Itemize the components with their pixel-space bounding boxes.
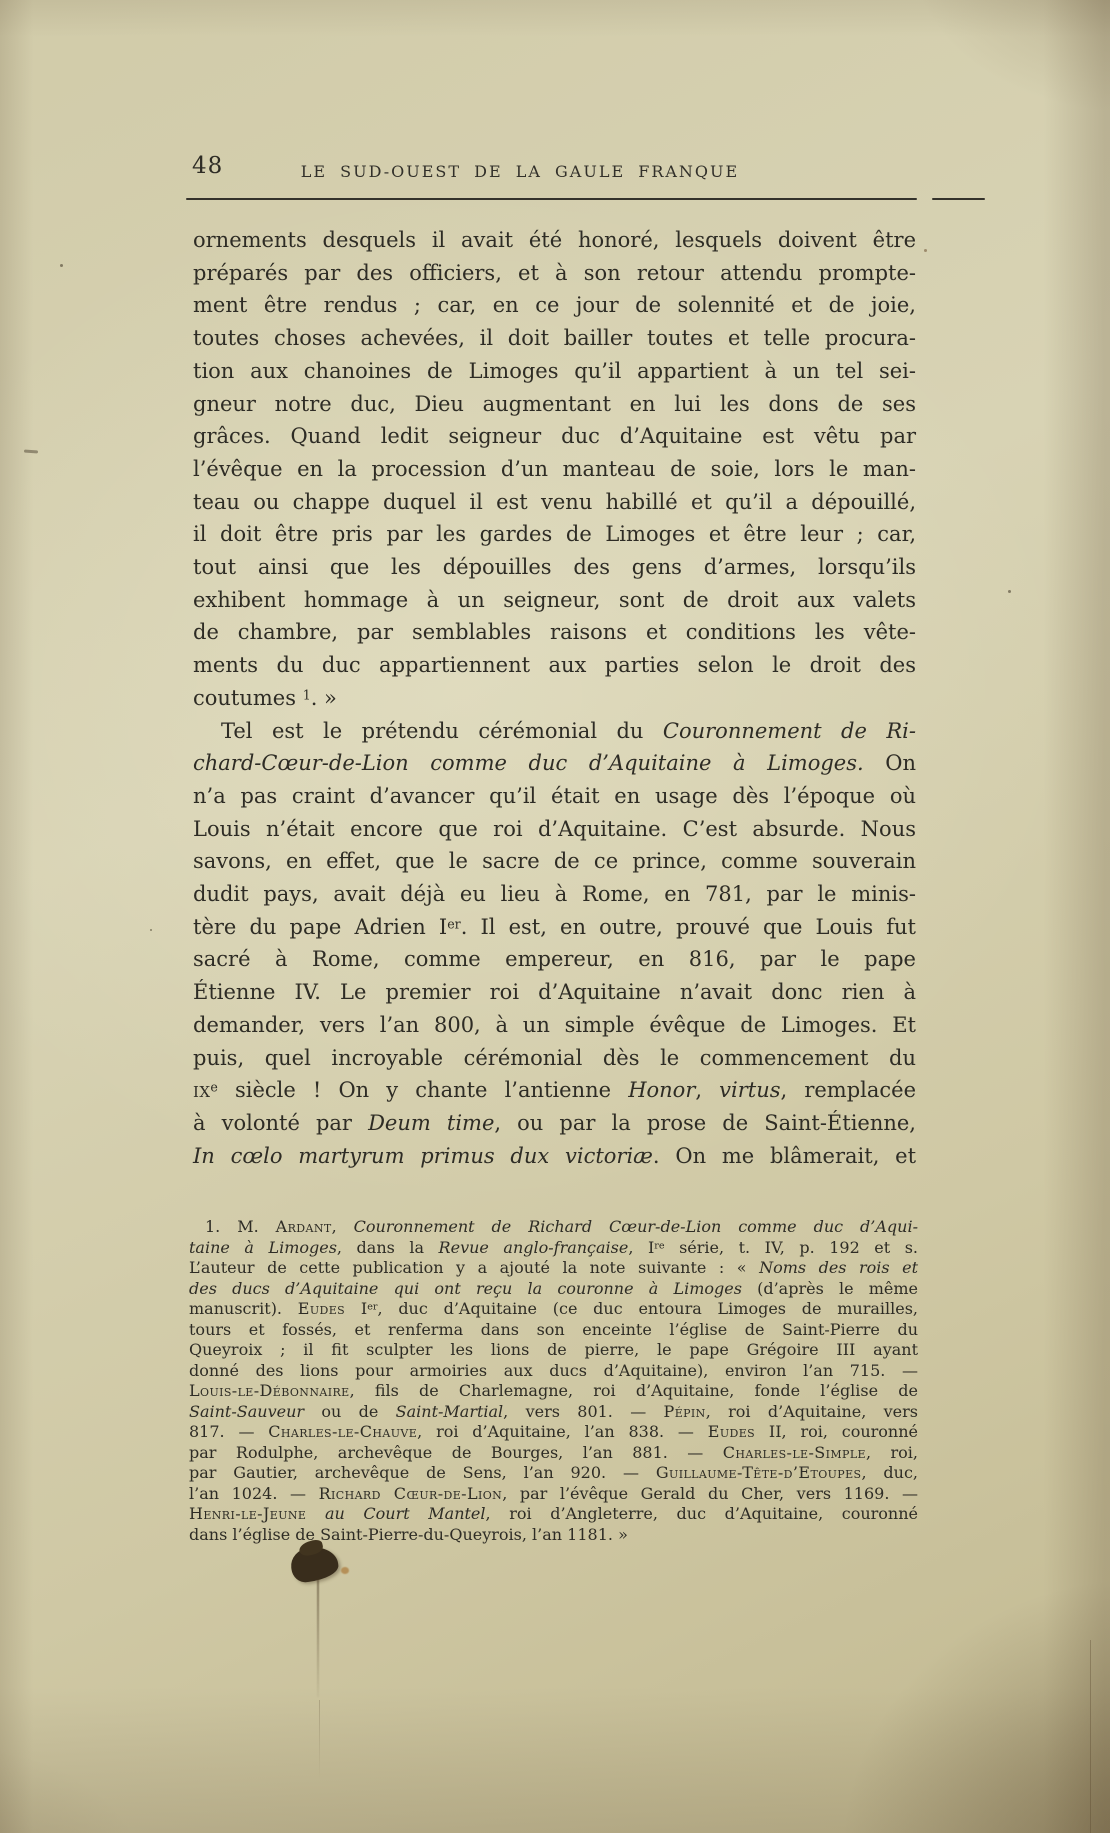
text-line: par Gautier, archevêque de Sens, l’an 92… [189,1463,918,1484]
text-line: Queyroix ; il fit sculpter les lions de … [189,1340,918,1361]
text-segment: , duc, [861,1463,918,1482]
text-line: teau ou chappe duquel il est venu habill… [193,486,916,519]
text-segment-i: taine à Limoges [189,1238,337,1257]
text-segment: L’auteur de cette publication y a ajouté… [189,1258,759,1277]
text-segment: , par l’évêque Gerald du Cher, vers 1169… [502,1484,918,1503]
text-segment-sc: Eudes [708,1422,755,1441]
text-line: tion aux chanoines de Limoges qu’il appa… [193,355,916,388]
text-segment: , roi d’Aquitaine, vers [706,1402,918,1421]
text-line: à volonté par Deum time, ou par la prose… [193,1107,916,1140]
text-segment: l’évêque en la procession d’un manteau d… [193,457,916,481]
text-segment: I [345,1299,367,1318]
text-line: donné des lions pour armoiries aux ducs … [189,1361,918,1382]
text-line: 1. M. Ardant, Couronnement de Richard Cœ… [189,1217,918,1238]
text-line: savons, en effet, que le sacre de ce pri… [193,845,916,878]
text-line: 817. — Charles-le-Chauve, roi d’Aquitain… [189,1422,918,1443]
text-segment: par Rodulphe, archevêque de Bourges, l’a… [189,1443,723,1462]
text-segment: par Gautier, archevêque de Sens, l’an 92… [189,1463,656,1482]
text-segment-sup: 1 [303,687,311,702]
text-segment: dudit pays, avait déjà eu lieu à Rome, e… [193,882,916,906]
text-segment-sc: Guillaume-Tête-d’Etoupes [656,1463,862,1482]
text-line: Tel est le prétendu cérémonial du Couron… [193,715,916,748]
text-line: L’auteur de cette publication y a ajouté… [189,1258,918,1279]
text-line: tout ainsi que les dépouilles des gens d… [193,551,916,584]
text-segment: , roi d’Angleterre, duc d’Aquitaine, cou… [486,1504,919,1523]
text-segment-sup: re [654,1240,664,1251]
text-segment-sup: e [210,1080,217,1095]
text-line: dudit pays, avait déjà eu lieu à Rome, e… [193,878,916,911]
text-segment: il doit être pris par les gardes de Limo… [193,522,916,546]
text-segment-i: Saint-Sauveur [189,1402,304,1421]
text-segment: puis, quel incroyable cérémonial dès le … [193,1046,916,1070]
text-segment: II, roi, couronné [755,1422,918,1441]
header-rule [186,198,917,200]
text-segment: (d’après le même [742,1279,918,1298]
ink-drip-faint [319,1700,320,1780]
text-segment-i: Honor [628,1078,695,1102]
text-line: demander, vers l’an 800, à un simple évê… [193,1009,916,1042]
text-segment-i: Revue anglo-française [439,1238,629,1257]
text-line: In cœlo martyrum primus dux victoriæ. On… [193,1140,916,1173]
text-line: dans l’église de Saint-Pierre-du-Queyroi… [189,1525,918,1546]
text-line: l’an 1024. — Richard Cœur-de-Lion, par l… [189,1484,918,1505]
text-segment-i: virtus [719,1078,780,1102]
text-segment-i: au Court Mantel [325,1504,486,1523]
text-segment: ornements desquels il avait été honoré, … [193,228,916,252]
text-line: Étienne IV. Le premier roi d’Aquitaine n… [193,976,916,1009]
text-line: il doit être pris par les gardes de Limo… [193,518,916,551]
text-segment: ou de [304,1402,396,1421]
text-segment: grâces. Quand ledit seigneur duc d’Aquit… [193,424,916,448]
text-line: coutumes 1. » [193,682,916,715]
text-segment: sacré à Rome, comme empereur, en 816, pa… [193,947,916,971]
paper-speck [1008,590,1011,593]
text-segment: , roi, [866,1443,918,1462]
text-line: exhibent hommage à un seigneur, sont de … [193,584,916,617]
ink-drip [317,1579,319,1697]
text-segment: série, t. IV, p. 192 et s. [665,1238,918,1257]
text-segment-sc: Henri-le-Jeune [189,1504,306,1523]
text-line: gneur notre duc, Dieu augmentant en lui … [193,388,916,421]
text-segment-i: Deum time [368,1111,494,1135]
text-line: chard-Cœur-de-Lion comme duc d’Aquitaine… [193,747,916,780]
text-segment: exhibent hommage à un seigneur, sont de … [193,588,916,612]
body-text: ornements desquels il avait été honoré, … [193,224,916,1172]
text-segment-sup: er [447,916,460,931]
text-line: par Rodulphe, archevêque de Bourges, l’a… [189,1443,918,1464]
text-segment: , [695,1078,719,1102]
text-segment: Queyroix ; il fit sculpter les lions de … [189,1340,918,1359]
text-segment-sc: ix [193,1078,210,1102]
text-line: puis, quel incroyable cérémonial dès le … [193,1042,916,1075]
text-segment-sc: Louis-le-Débonnaire [189,1381,350,1400]
text-line: n’a pas craint d’avancer qu’il était en … [193,780,916,813]
text-segment: , dans la [337,1238,439,1257]
text-segment: tion aux chanoines de Limoges qu’il appa… [193,359,916,383]
text-segment: . Il est, en outre, prouvé que Louis fut [461,915,916,939]
text-line: Louis-le-Débonnaire, fils de Charlemagne… [189,1381,918,1402]
text-segment-i: Noms des rois et [759,1258,918,1277]
text-segment: , I [628,1238,654,1257]
text-segment: savons, en effet, que le sacre de ce pri… [193,849,916,873]
text-segment: , ou par la prose de Saint-Étienne, [494,1111,916,1135]
page-number: 48 [192,153,223,179]
text-segment: 817. — [189,1422,268,1441]
text-segment-sc: Charles-le-Chauve [268,1422,417,1441]
text-line: grâces. Quand ledit seigneur duc d’Aquit… [193,420,916,453]
text-segment: , remplacée [781,1078,916,1102]
text-segment: Louis n’était encore que roi d’Aquitaine… [193,817,916,841]
text-segment: manuscrit). [189,1299,298,1318]
text-segment: l’an 1024. — [189,1484,319,1503]
text-segment: toutes choses achevées, il doit bailler … [193,326,916,350]
text-line: de chambre, par semblables raisons et co… [193,616,916,649]
text-segment: , vers 801. — [503,1402,663,1421]
text-segment: gneur notre duc, Dieu augmentant en lui … [193,392,916,416]
text-segment: de chambre, par semblables raisons et co… [193,620,916,644]
text-line: ments du duc appartiennent aux parties s… [193,649,916,682]
text-line: tère du pape Adrien Ier. Il est, en outr… [193,911,916,944]
text-segment: tours et fossés, et renferma dans son en… [189,1320,918,1339]
text-segment: , roi d’Aquitaine, l’an 838. — [417,1422,708,1441]
text-segment: tère du pape Adrien I [193,915,447,939]
text-segment-i: Couronnement de Ri- [663,719,916,743]
text-segment: , duc d’Aquitaine (ce duc entoura Limoge… [377,1299,918,1318]
header-rule-segment [932,198,985,200]
text-line: des ducs d’Aquitaine qui ont reçu la cou… [189,1279,918,1300]
text-segment: tout ainsi que les dépouilles des gens d… [193,555,916,579]
text-line: préparés par des officiers, et à son ret… [193,257,916,290]
text-line: ornements desquels il avait été honoré, … [193,224,916,257]
text-segment: à volonté par [193,1111,368,1135]
text-segment: ments du duc appartiennent aux parties s… [193,653,916,677]
text-line: sacré à Rome, comme empereur, en 816, pa… [193,943,916,976]
text-segment-i: Couronnement de Richard Cœur-de-Lion com… [354,1217,918,1236]
text-line: tours et fossés, et renferma dans son en… [189,1320,918,1341]
text-line: ment être rendus ; car, en ce jour de so… [193,289,916,322]
text-segment: . » [311,686,337,710]
text-line: Saint-Sauveur ou de Saint-Martial, vers … [189,1402,918,1423]
footnote-text: 1. M. Ardant, Couronnement de Richard Cœ… [189,1217,918,1545]
text-segment: , fils de Charlemagne, roi d’Aquitaine, … [350,1381,918,1400]
text-segment: ment être rendus ; car, en ce jour de so… [193,293,916,317]
paper-speck [924,249,927,252]
paper-speck [150,929,152,931]
text-segment-sup: er [367,1302,377,1313]
text-segment-sc: Charles-le-Simple [723,1443,866,1462]
book-page-scan: 48 LE SUD-OUEST DE LA GAULE FRANQUE orne… [0,0,1110,1833]
text-segment-i: chard-Cœur-de-Lion comme duc d’Aquitaine… [193,751,864,775]
margin-dash-mark [24,450,38,454]
page-edge-line [1090,1640,1091,1833]
text-segment: siècle ! On y chante l’antienne [218,1078,628,1102]
text-segment-sc: Eudes [298,1299,345,1318]
text-segment: n’a pas craint d’avancer qu’il était en … [193,784,916,808]
text-line: taine à Limoges, dans la Revue anglo-fra… [189,1238,918,1259]
text-segment [306,1504,325,1523]
text-segment: demander, vers l’an 800, à un simple évê… [193,1013,916,1037]
text-segment: , [332,1217,354,1236]
text-segment-i: In cœlo martyrum primus dux victoriæ [193,1144,653,1168]
text-segment: donné des lions pour armoiries aux ducs … [189,1361,918,1380]
text-segment: On [864,751,916,775]
text-line: manuscrit). Eudes Ier, duc d’Aquitaine (… [189,1299,918,1320]
text-line: ixe siècle ! On y chante l’antienne Hono… [193,1074,916,1107]
text-segment: 1. M. [205,1217,276,1236]
text-segment: coutumes [193,686,303,710]
text-segment-sc: Richard Cœur-de-Lion [319,1484,503,1503]
text-segment: dans l’église de Saint-Pierre-du-Queyroi… [189,1525,628,1544]
running-title: LE SUD-OUEST DE LA GAULE FRANQUE [300,162,740,181]
text-segment-i: Saint-Martial [396,1402,504,1421]
paper-speck [60,264,63,267]
text-segment: Étienne IV. Le premier roi d’Aquitaine n… [193,980,916,1004]
text-segment: teau ou chappe duquel il est venu habill… [193,490,916,514]
text-line: Louis n’était encore que roi d’Aquitaine… [193,813,916,846]
text-segment-sc: Ardant [276,1217,332,1236]
text-line: l’évêque en la procession d’un manteau d… [193,453,916,486]
text-segment: . On me blâmerait, et [653,1144,916,1168]
text-line: Henri-le-Jeune au Court Mantel, roi d’An… [189,1504,918,1525]
text-segment-i: des ducs d’Aquitaine qui ont reçu la cou… [189,1279,742,1298]
ink-blot-dot [341,1567,349,1574]
text-segment-sc: Pépin [664,1402,706,1421]
text-line: toutes choses achevées, il doit bailler … [193,322,916,355]
text-segment: préparés par des officiers, et à son ret… [193,261,916,285]
text-segment: Tel est le prétendu cérémonial du [221,719,663,743]
